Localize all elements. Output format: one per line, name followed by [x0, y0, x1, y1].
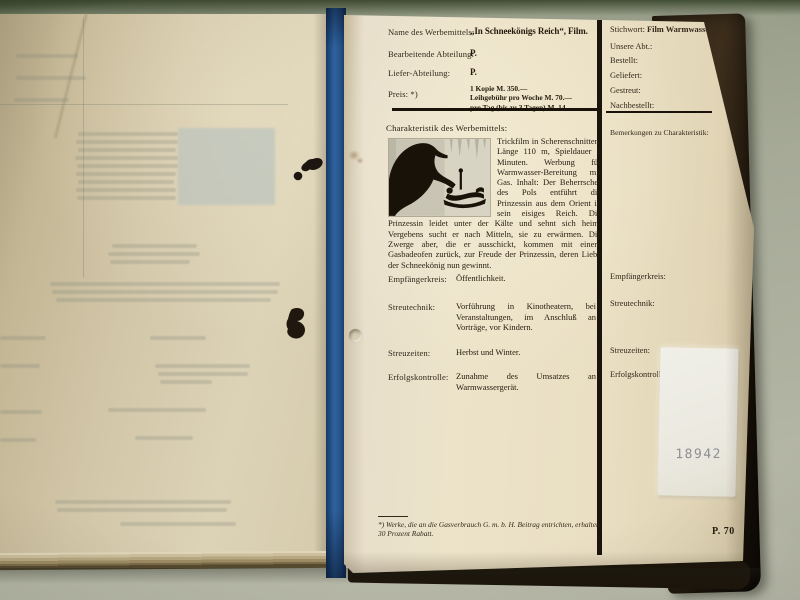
- column-divider-rule: [597, 20, 602, 555]
- field-label-streutechnik: Streutechnik:: [388, 302, 435, 312]
- bleed-through-text-line: [150, 336, 206, 340]
- field-label-geliefert: Geliefert:: [610, 71, 642, 80]
- bleed-through-text-line: [112, 244, 197, 248]
- field-label-erfolgskontrolle: Erfolgskontrolle:: [388, 372, 448, 382]
- field-value-liefer-abteilung: P.: [470, 67, 477, 77]
- remarks-label-streutechnik: Streutechnik:: [610, 299, 655, 308]
- field-label-streuzeiten: Streuzeiten:: [388, 348, 430, 358]
- bleed-through-text-line: [75, 156, 178, 160]
- bleed-through-text-line: [158, 372, 248, 376]
- bleed-through-text-line: [108, 408, 206, 412]
- remarks-label-streuzeiten: Streuzeiten:: [610, 346, 650, 355]
- remarks-label-erfolgskontrolle: Erfolgskontrolle: [610, 370, 665, 379]
- bleed-through-text-line: [108, 252, 200, 256]
- bleed-through-text-line: [160, 380, 212, 384]
- blue-binding-spine: [326, 8, 346, 578]
- price-lines: 1 Kopie M. 350.— Leihgebühr pro Woche M.…: [470, 84, 575, 112]
- bleed-through-text-line: [55, 500, 231, 504]
- field-value-bearbeitende-abteilung: P.: [470, 48, 477, 58]
- bleed-through-text-line: [78, 148, 176, 152]
- bleed-through-text-line: [16, 54, 78, 58]
- page-number: P. 70: [712, 526, 735, 537]
- section-rule-left: [392, 108, 600, 111]
- photo-of-archival-binder: Name des Werbemittels: „In Schneekönigs …: [0, 0, 800, 600]
- field-label-nachbestellt: Nachbestellt:: [610, 101, 654, 110]
- inventory-number: 18942: [675, 447, 722, 462]
- bleed-through-text-line: [50, 282, 280, 286]
- bleed-through-text-line: [77, 196, 176, 200]
- bleed-through-text-line: [0, 410, 42, 414]
- bleed-through-text-line: [77, 164, 178, 168]
- charakteristik-body: Trickfilm in Scherenschnitten, Länge 110…: [388, 136, 601, 270]
- field-label-name-des-werbemittels: Name des Werbemittels:: [388, 27, 474, 37]
- bleed-through-text-line: [120, 522, 236, 526]
- bleed-through-text-line: [14, 98, 69, 102]
- price-line-week: Leihgebühr pro Woche M. 70.—: [470, 93, 575, 102]
- right-page-form: Name des Werbemittels: „In Schneekönigs …: [344, 12, 754, 574]
- inventory-sticker: 18942: [657, 347, 738, 497]
- bleed-through-text-line: [78, 180, 174, 184]
- field-value-erfolgskontrolle: Zunahme des Umsatzes an Warmwassergerät.: [456, 371, 596, 392]
- page-crease: [54, 12, 87, 139]
- bleed-through-text-line: [0, 336, 46, 340]
- remarks-label-empfaengerkreis: Empfängerkreis:: [610, 272, 666, 281]
- bleed-through-text-line: [78, 132, 178, 136]
- bleed-through-text-line: [0, 364, 40, 368]
- stichwort-label: Stichwort:: [610, 25, 645, 34]
- field-label-unsere-abt: Unsere Abt.:: [610, 42, 652, 51]
- footnote-text: *) Werke, die an die Gasverbrauch G. m. …: [378, 520, 600, 538]
- punch-hole: [349, 329, 362, 342]
- field-stichwort: Stichwort: Film Warmwasser.: [610, 25, 714, 34]
- field-label-bestellt: Bestellt:: [610, 56, 638, 65]
- bleed-through-text-line: [76, 140, 178, 144]
- bleed-through-rule: [0, 104, 288, 105]
- bleed-through-text-line: [76, 188, 176, 192]
- bleed-through-text-line: [110, 260, 190, 264]
- field-label-gestreut: Gestreut:: [610, 86, 641, 95]
- remarks-heading: Bemerkungen zu Charakteristik:: [610, 128, 709, 137]
- bleed-through-text-line: [56, 298, 271, 302]
- field-value-streutechnik: Vorführung in Kinotheatern, bei Veransta…: [456, 301, 596, 333]
- price-line-copy: 1 Kopie M. 350.—: [470, 84, 575, 93]
- footnote-rule: [378, 516, 408, 517]
- section-rule-right: [606, 111, 712, 113]
- paper-stain: [346, 148, 366, 166]
- bleed-through-text-line: [76, 172, 176, 176]
- bleed-through-text-line: [155, 364, 250, 368]
- bleed-through-rule: [83, 18, 84, 278]
- field-value-streuzeiten: Herbst und Winter.: [456, 347, 596, 358]
- field-value-name-des-werbemittels: „In Schneekönigs Reich“, Film.: [470, 26, 588, 36]
- field-value-empfaengerkreis: Öffentlichkeit.: [456, 273, 596, 284]
- field-label-bearbeitende-abteilung: Bearbeitende Abteilung:: [388, 49, 474, 59]
- bleed-through-text-line: [52, 290, 278, 294]
- bleed-through-text-line: [0, 438, 36, 442]
- charakteristik-text: Trickfilm in Scherenschnitten, Länge 110…: [388, 136, 601, 270]
- bleed-through-text-line: [135, 436, 193, 440]
- bleed-through-text-line: [16, 76, 86, 80]
- bleed-through-image: [178, 128, 275, 205]
- charakteristik-heading: Charakteristik des Werbemittels:: [386, 123, 507, 133]
- stichwort-value: Film Warmwasser.: [647, 25, 714, 34]
- bleed-through-text-line: [57, 508, 227, 512]
- field-label-preis: Preis: *): [388, 89, 418, 99]
- film-still-image: [389, 139, 490, 216]
- price-line-day: pro Tag (bis zu 3 Tagen) M. 14.—: [470, 103, 575, 112]
- field-label-empfaengerkreis: Empfängerkreis:: [388, 274, 447, 284]
- left-page-blank-verso: [0, 14, 330, 554]
- field-label-liefer-abteilung: Liefer-Abteilung:: [388, 68, 450, 78]
